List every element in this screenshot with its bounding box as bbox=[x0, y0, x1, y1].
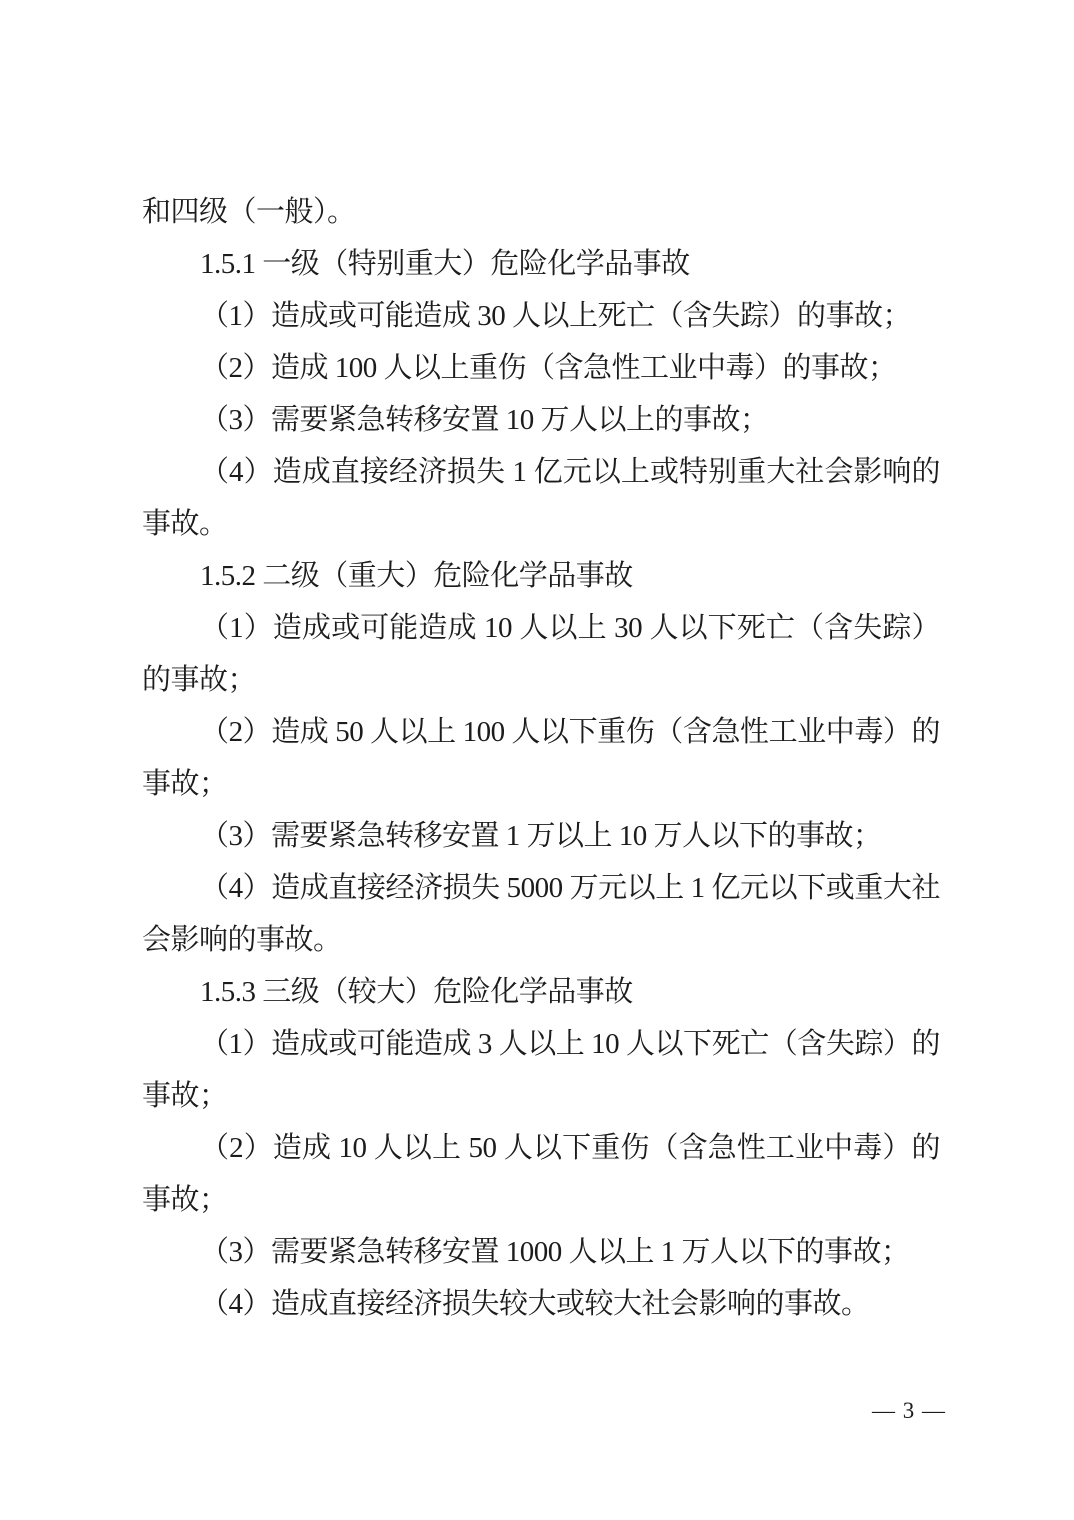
clause-1-5-3-item-3: （3）需要紧急转移安置 1000 人以上 1 万人以下的事故； bbox=[142, 1226, 940, 1278]
document-body: 和四级（一般）。 1.5.1 一级（特别重大）危险化学品事故 （1）造成或可能造… bbox=[142, 186, 940, 1330]
clause-1-5-2-item-4: （4）造成直接经济损失 5000 万元以上 1 亿元以下或重大社会影响的事故。 bbox=[142, 862, 940, 966]
clause-1-5-3-item-4: （4）造成直接经济损失较大或较大社会影响的事故。 bbox=[142, 1278, 940, 1330]
page-number: — 3 — bbox=[872, 1398, 946, 1424]
clause-1-5-3-item-1: （1）造成或可能造成 3 人以上 10 人以下死亡（含失踪）的事故； bbox=[142, 1018, 940, 1122]
para-continuation-level4: 和四级（一般）。 bbox=[142, 186, 940, 238]
clause-1-5-1-item-2: （2）造成 100 人以上重伤（含急性工业中毒）的事故； bbox=[142, 342, 940, 394]
clause-1-5-3-item-2: （2）造成 10 人以上 50 人以下重伤（含急性工业中毒）的事故； bbox=[142, 1122, 940, 1226]
clause-1-5-1-item-4: （4）造成直接经济损失 1 亿元以上或特别重大社会影响的事故。 bbox=[142, 446, 940, 550]
clause-1-5-2-item-3: （3）需要紧急转移安置 1 万以上 10 万人以下的事故； bbox=[142, 810, 940, 862]
heading-1-5-3: 1.5.3 三级（较大）危险化学品事故 bbox=[142, 966, 940, 1018]
heading-1-5-1: 1.5.1 一级（特别重大）危险化学品事故 bbox=[142, 238, 940, 290]
clause-1-5-1-item-1: （1）造成或可能造成 30 人以上死亡（含失踪）的事故； bbox=[142, 290, 940, 342]
document-page: 和四级（一般）。 1.5.1 一级（特别重大）危险化学品事故 （1）造成或可能造… bbox=[0, 0, 1074, 1520]
clause-1-5-2-item-1: （1）造成或可能造成 10 人以上 30 人以下死亡（含失踪）的事故； bbox=[142, 602, 940, 706]
clause-1-5-2-item-2: （2）造成 50 人以上 100 人以下重伤（含急性工业中毒）的事故； bbox=[142, 706, 940, 810]
clause-1-5-1-item-3: （3）需要紧急转移安置 10 万人以上的事故； bbox=[142, 394, 940, 446]
heading-1-5-2: 1.5.2 二级（重大）危险化学品事故 bbox=[142, 550, 940, 602]
